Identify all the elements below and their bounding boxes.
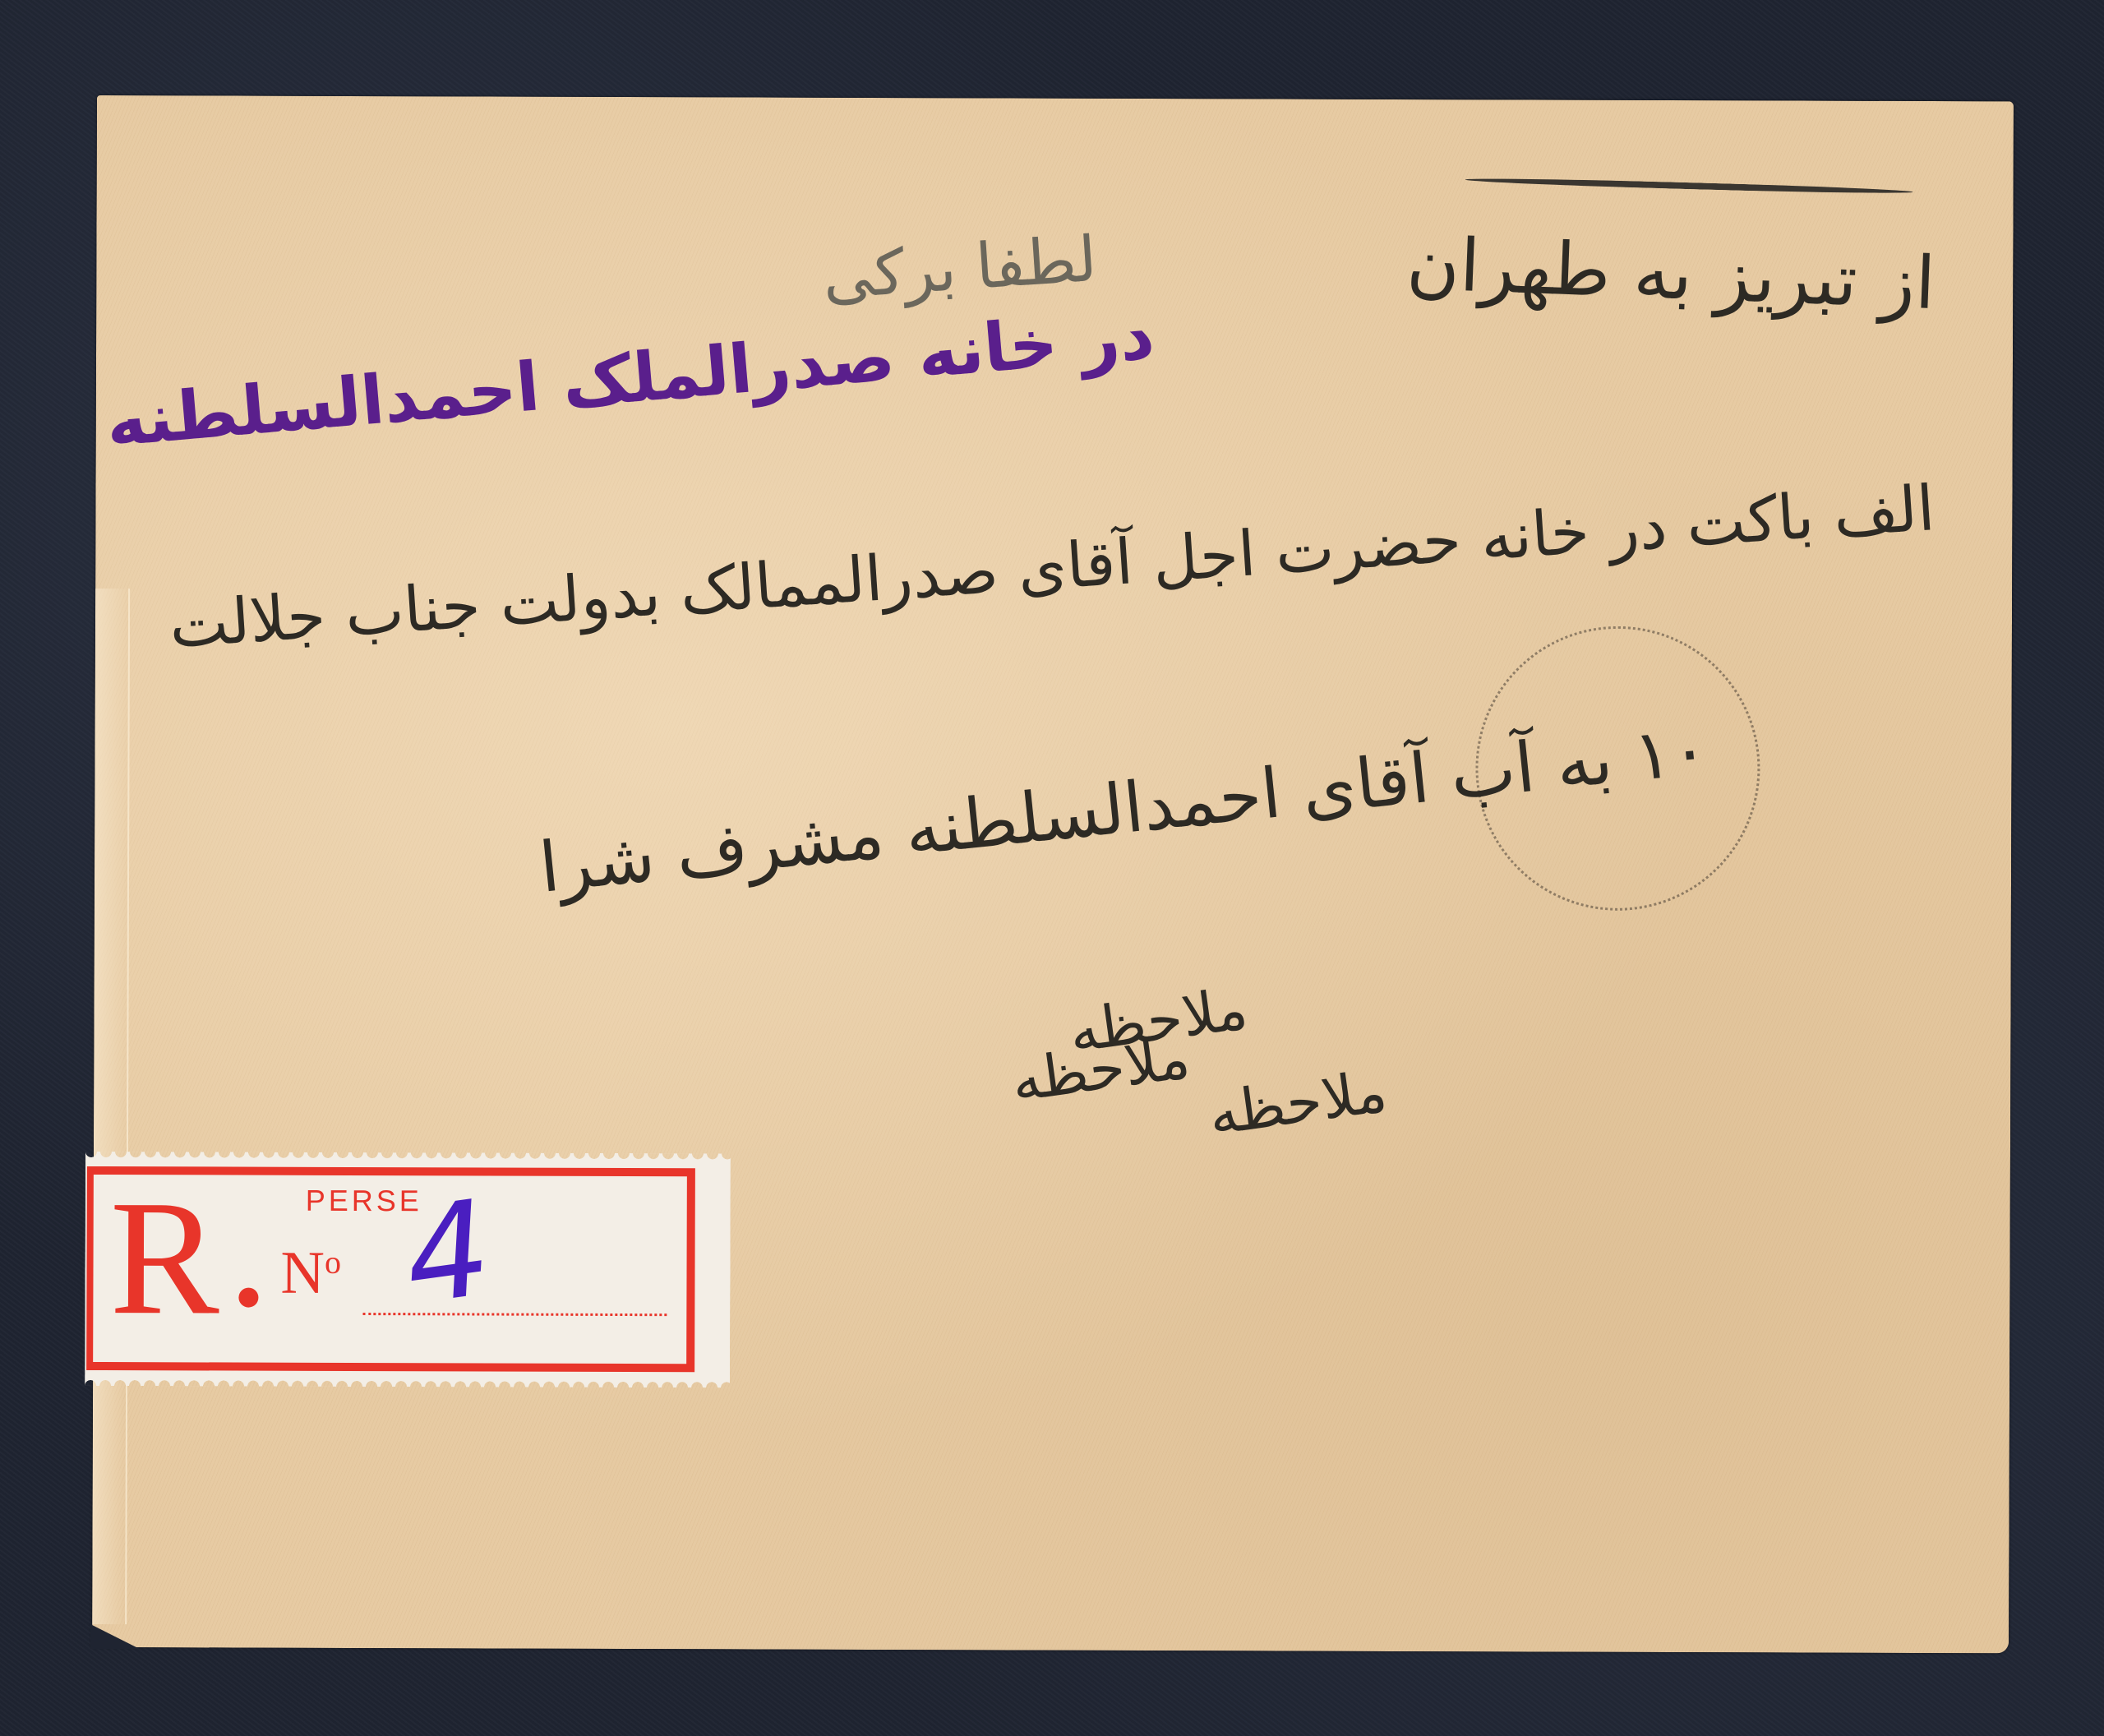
origin-destination-line: از تبریز به طهران: [1405, 221, 1936, 325]
registration-label: R PERSE No 4: [85, 1152, 731, 1387]
label-o: o: [325, 1244, 341, 1281]
label-number-prefix: No: [280, 1239, 341, 1309]
label-period: [238, 1288, 258, 1308]
envelope: از تبریز به طهران لطفا برکی در خانه صدرا…: [92, 95, 2014, 1653]
label-r-letter: R: [109, 1176, 219, 1341]
purple-recipient-line: در خانه صدرالملک احمدالسلطنه: [104, 296, 1157, 462]
label-n: N: [280, 1240, 325, 1307]
top-underline-stroke: [1465, 177, 1913, 196]
address-line: الف باکت در خانه حضرت اجل آقای صدرالممال…: [167, 471, 1936, 662]
flourish-line-3: ملاحظه: [1204, 1057, 1391, 1148]
flourish-line-2: ملاحظه: [1007, 1024, 1193, 1115]
kindly-line: لطفا برکی: [820, 222, 1099, 313]
torn-edge: [92, 589, 130, 1624]
corner-tear: [90, 1624, 140, 1649]
